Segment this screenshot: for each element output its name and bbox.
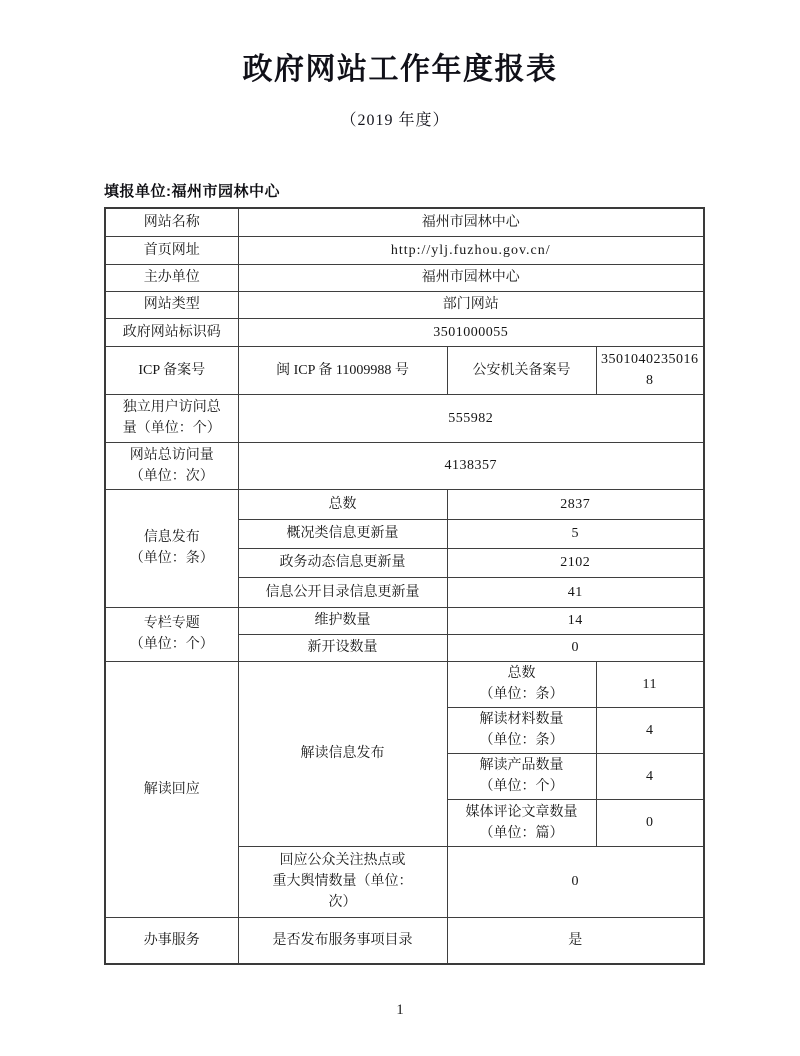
unique-visitors-label: 独立用户访问总 量（单位：个）	[105, 394, 238, 442]
interpretation-products-label: 解读产品数量 （单位：个）	[447, 753, 596, 799]
interpretation-media-value: 0	[596, 799, 704, 846]
site-type-label: 网站类型	[105, 291, 238, 318]
site-name-label: 网站名称	[105, 208, 238, 236]
row-homepage-url: 首页网址 http://ylj.fuzhou.gov.cn/	[105, 236, 704, 264]
services-section-label: 办事服务	[105, 917, 238, 964]
icp-label: ICP 备案号	[105, 346, 238, 394]
services-directory-label: 是否发布服务事项目录	[238, 917, 447, 964]
info-publish-directory-label: 信息公开目录信息更新量	[238, 577, 447, 607]
info-publish-dynamics-value: 2102	[447, 548, 704, 577]
reporting-unit: 填报单位:福州市园林中心	[104, 180, 280, 201]
columns-new-value: 0	[447, 634, 704, 661]
info-publish-total-label: 总数	[238, 489, 447, 519]
page-title: 政府网站工作年度报表	[0, 44, 800, 88]
homepage-url-label: 首页网址	[105, 236, 238, 264]
report-page: 政府网站工作年度报表 （2019 年度） 填报单位:福州市园林中心 网站名称 福…	[0, 0, 800, 1056]
row-unique-visitors: 独立用户访问总 量（单位：个） 555982	[105, 394, 704, 442]
info-publish-dynamics-label: 政务动态信息更新量	[238, 548, 447, 577]
info-publish-overview-value: 5	[447, 519, 704, 548]
site-code-value: 3501000055	[238, 318, 704, 346]
security-filing-label: 公安机关备案号	[447, 346, 596, 394]
row-icp: ICP 备案号 闽 ICP 备 11009988 号 公安机关备案号 35010…	[105, 346, 704, 394]
site-code-label: 政府网站标识码	[105, 318, 238, 346]
row-site-type: 网站类型 部门网站	[105, 291, 704, 318]
page-number: 1	[0, 1002, 800, 1019]
interpretation-publish-label: 解读信息发布	[238, 661, 447, 846]
row-columns-maintained: 专栏专题 （单位：个） 维护数量 14	[105, 607, 704, 634]
interpretation-products-value: 4	[596, 753, 704, 799]
columns-maintained-label: 维护数量	[238, 607, 447, 634]
info-publish-directory-value: 41	[447, 577, 704, 607]
organizer-label: 主办单位	[105, 264, 238, 291]
total-visits-label: 网站总访问量 （单位：次）	[105, 442, 238, 489]
row-interpretation-total: 解读回应 解读信息发布 总数 （单位：条） 11	[105, 661, 704, 707]
row-info-publish-total: 信息发布 （单位：条） 总数 2837	[105, 489, 704, 519]
interpretation-materials-value: 4	[596, 707, 704, 753]
interpretation-total-value: 11	[596, 661, 704, 707]
interpretation-total-label: 总数 （单位：条）	[447, 661, 596, 707]
report-table: 网站名称 福州市园林中心 首页网址 http://ylj.fuzhou.gov.…	[104, 207, 705, 965]
interpretation-media-label: 媒体评论文章数量 （单位：篇）	[447, 799, 596, 846]
site-name-value: 福州市园林中心	[238, 208, 704, 236]
row-total-visits: 网站总访问量 （单位：次） 4138357	[105, 442, 704, 489]
site-type-value: 部门网站	[238, 291, 704, 318]
row-site-name: 网站名称 福州市园林中心	[105, 208, 704, 236]
icp-value: 闽 ICP 备 11009988 号	[238, 346, 447, 394]
unique-visitors-value: 555982	[238, 394, 704, 442]
services-directory-value: 是	[447, 917, 704, 964]
page-subtitle: （2019 年度）	[0, 107, 790, 130]
info-publish-total-value: 2837	[447, 489, 704, 519]
hotspot-response-label: 回应公众关注热点或 重大舆情数量（单位： 次）	[238, 846, 447, 917]
total-visits-value: 4138357	[238, 442, 704, 489]
info-publish-section-label: 信息发布 （单位：条）	[105, 489, 238, 607]
homepage-url-value: http://ylj.fuzhou.gov.cn/	[238, 236, 704, 264]
info-publish-overview-label: 概况类信息更新量	[238, 519, 447, 548]
columns-new-label: 新开设数量	[238, 634, 447, 661]
security-filing-value: 35010402350168	[596, 346, 704, 394]
row-organizer: 主办单位 福州市园林中心	[105, 264, 704, 291]
columns-section-label: 专栏专题 （单位：个）	[105, 607, 238, 661]
interpretation-section-label: 解读回应	[105, 661, 238, 917]
organizer-value: 福州市园林中心	[238, 264, 704, 291]
columns-maintained-value: 14	[447, 607, 704, 634]
hotspot-response-value: 0	[447, 846, 704, 917]
row-site-code: 政府网站标识码 3501000055	[105, 318, 704, 346]
row-services-directory: 办事服务 是否发布服务事项目录 是	[105, 917, 704, 964]
interpretation-materials-label: 解读材料数量 （单位：条）	[447, 707, 596, 753]
